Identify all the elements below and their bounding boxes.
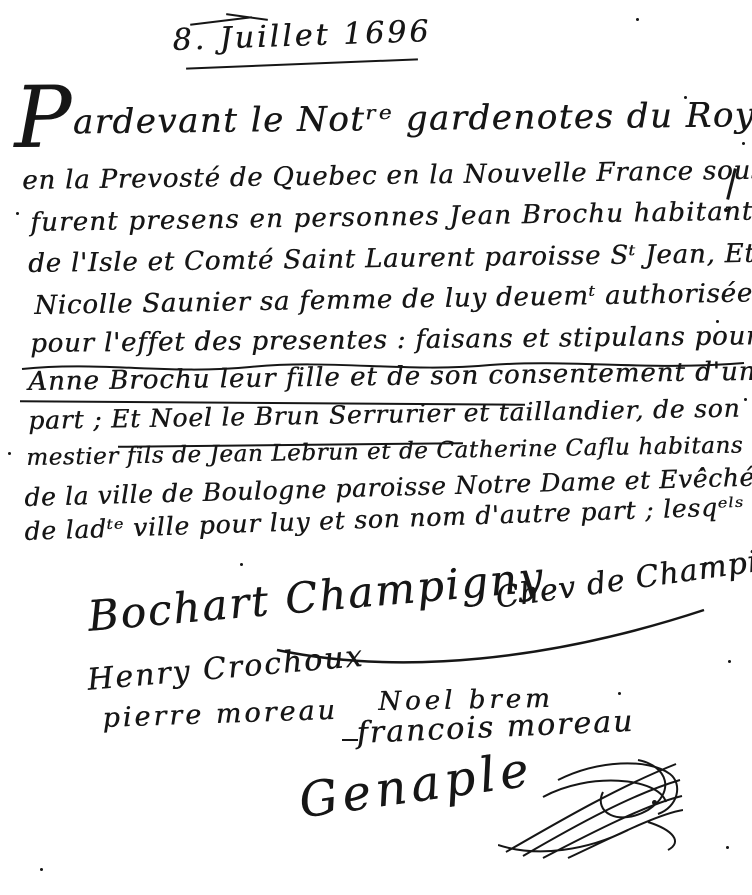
noise-speck <box>742 142 745 145</box>
body-line: mestier fils de Jean Lebrun et de Cather… <box>26 434 743 470</box>
noise-speck <box>700 468 703 471</box>
body-line: Nicolle Saunier sa femme de luy deuemᵗ a… <box>34 280 752 319</box>
body-line: Pardevant le Notʳᵉ gardenotes du Roy — <box>14 98 752 140</box>
date-underline-stroke <box>186 58 418 69</box>
signature-genaple-paraph <box>498 750 683 862</box>
manuscript-page: 8. Juillet 1696 Pardevant le Notʳᵉ garde… <box>0 0 752 895</box>
noise-speck <box>636 18 639 21</box>
signature-end-dot <box>652 800 657 805</box>
noise-speck <box>726 846 729 849</box>
noise-speck <box>618 692 621 695</box>
noise-speck <box>684 96 687 99</box>
body-line: pour l'effet des presentes : faisans et … <box>30 323 752 357</box>
signature-leading-dash <box>342 739 358 741</box>
signature-henry-crochoux: Henry Crochoux <box>86 642 365 696</box>
noise-speck <box>728 660 731 663</box>
body-line: de l'Isle et Comté Saint Laurent paroiss… <box>28 240 752 277</box>
noise-speck <box>8 452 11 455</box>
body-line: furent presens en personnes Jean Brochu … <box>30 198 752 236</box>
ink-stroke-separator <box>20 358 748 376</box>
signature-pierre-moreau: pierre moreau <box>102 697 338 732</box>
signature-francois-moreau: francois moreau <box>356 707 635 749</box>
noise-speck <box>16 212 19 215</box>
noise-speck <box>716 320 719 323</box>
noise-speck <box>240 563 243 566</box>
noise-speck <box>704 562 707 565</box>
noise-speck <box>40 868 43 871</box>
margin-flourish-dot <box>724 208 728 212</box>
date-heading: 8. Juillet 1696 <box>172 17 432 56</box>
body-line: en la Prevosté de Quebec en la Nouvelle … <box>22 157 752 194</box>
noise-speck <box>744 398 747 401</box>
